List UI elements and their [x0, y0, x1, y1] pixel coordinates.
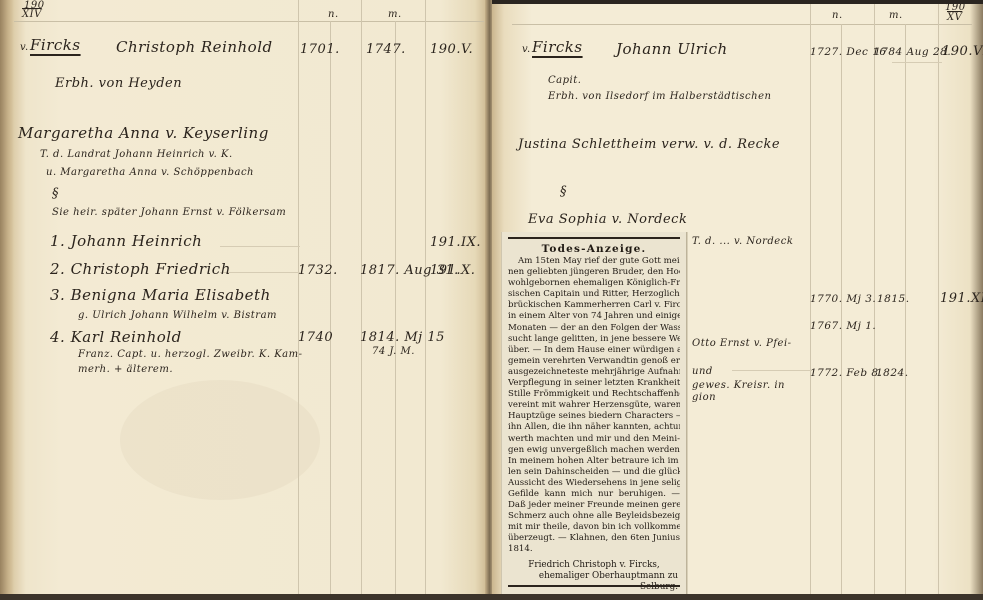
- child-4-note: Franz. Capt. u. herzogl. Zweibr. K. Kam-: [78, 349, 303, 360]
- entry-died: 1747.: [366, 42, 406, 57]
- column-rule: [938, 4, 939, 594]
- clipping-line: wohlgebornen ehemaligen Königlich-Franzö…: [508, 278, 680, 289]
- column-rule: [425, 0, 426, 594]
- column-header-born: n.: [328, 9, 339, 20]
- clipping-line: In meinem hohen Alter betraure ich im St…: [508, 456, 680, 467]
- clipping-body: Am 15ten May rief der gute Gott mei- nen…: [508, 256, 680, 556]
- clipping-line: in einem Alter von 74 Jahren und einigen: [508, 311, 680, 322]
- clipping-line: mit mir theile, davon bin ich vollkommen: [508, 522, 680, 533]
- child-4-age: 74 J. M.: [372, 346, 415, 357]
- clipping-line: gen ewig unvergeßlich machen werden. —: [508, 445, 680, 456]
- clipping-line: nen geliebten jüngeren Bruder, den Hoch-: [508, 267, 680, 278]
- clipping-line: Hauptzüge seines biedern Characters — di…: [508, 411, 680, 422]
- paper-stain: [120, 380, 320, 500]
- book-bottom-edge: [0, 594, 983, 600]
- newspaper-clipping-death-notice: Todes-Anzeige. Am 15ten May rief der gut…: [501, 232, 687, 595]
- children-note: Sie heir. später Johann Ernst v. Fölkers…: [52, 207, 286, 218]
- row-died: 1824.: [876, 367, 909, 379]
- row-died: 1815.: [877, 293, 910, 305]
- clipping-signature: Friedrich Christoph v. Fircks,: [508, 560, 680, 571]
- child-4: 4. Karl Reinhold: [50, 328, 182, 346]
- spouse-1-name: Justina Schlettheim verw. v. d. Recke: [518, 137, 780, 152]
- column-rule: [841, 24, 842, 594]
- entry-title: Capit.: [548, 75, 581, 86]
- child-3-spouse: g. Ulrich Johann Wilhelm v. Bistram: [78, 310, 277, 321]
- child-3: 3. Benigna Maria Elisabeth: [50, 286, 271, 304]
- clipping-line: Monaten — der an den Folgen der Wasser-: [508, 323, 680, 334]
- clipping-signature-title: ehemaliger Oberhauptmann zu Selburg.: [508, 571, 680, 593]
- entry-reference: 190.V.: [430, 42, 473, 57]
- folio-denominator: XIV: [22, 9, 42, 20]
- children-mark: §: [52, 186, 59, 201]
- clipping-line: 1814.: [508, 544, 680, 555]
- child-4-died: 1814. Mj 15: [360, 330, 445, 345]
- column-rule: [905, 24, 906, 594]
- children-mark: §: [560, 184, 567, 199]
- header-rule: [14, 21, 484, 22]
- entry-born: 1701.: [300, 42, 340, 57]
- child-1: 1. Johann Heinrich: [50, 232, 202, 250]
- column-rule: [395, 21, 396, 594]
- page-edge-shadow: [0, 0, 14, 594]
- entry-reference: 190.VI.: [942, 44, 983, 59]
- clipping-line: sucht lange gelitten, in jene bessere We…: [508, 334, 680, 345]
- clipping-line: Daß jeder meiner Freunde meinen gerechte…: [508, 500, 680, 511]
- row-reference: 191.XI.: [940, 291, 983, 306]
- column-rule: [361, 0, 362, 594]
- entry-surname: Fircks: [532, 38, 583, 56]
- entry-rule: [892, 62, 942, 63]
- clipping-bottom-rule: [508, 585, 680, 587]
- open-register-book: 190 XIV n. m. v. Fircks Christoph Reinho…: [0, 0, 983, 600]
- clipping-line: Aussicht des Wiedersehens in jene selige…: [508, 478, 680, 489]
- clipping-title: Todes-Anzeige.: [508, 243, 680, 255]
- row-born: 1770. Mj 3.: [810, 293, 876, 305]
- row-born: 1767. Mj 1.: [810, 320, 876, 332]
- clipping-line: Gefilde kann mich nur beruhigen. —: [508, 489, 680, 500]
- entry-surname: Fircks: [30, 36, 81, 54]
- clipping-line: Verpflegung in seiner letzten Krankheit.…: [508, 378, 680, 389]
- row-text: gion: [692, 392, 716, 403]
- clipping-line: ausgezeichneteste mehrjährige Aufnahme u…: [508, 367, 680, 378]
- spouse-2-name: Eva Sophia v. Nordeck: [528, 212, 687, 227]
- child-2-born: 1732.: [298, 263, 338, 278]
- column-header-died: m.: [889, 10, 903, 21]
- column-header-died: m.: [388, 9, 402, 20]
- entry-given-name: Johann Ulrich: [616, 40, 728, 58]
- clipping-line: len sein Dahinscheiden — und die glückli…: [508, 467, 680, 478]
- clipping-line: überzeugt. — Klahnen, den 6ten Junius: [508, 533, 680, 544]
- left-page: 190 XIV n. m. v. Fircks Christoph Reinho…: [0, 0, 487, 594]
- clipping-line: brückischen Kammerherren Carl v. Fircks,: [508, 300, 680, 311]
- entry-rule: [732, 370, 812, 371]
- child-1-reference: 191.IX.: [430, 235, 481, 250]
- child-4-note: merh. + älterem.: [78, 364, 173, 375]
- header-rule: [512, 24, 972, 25]
- clipping-line: sischen Capitain und Ritter, Herzoglich-…: [508, 289, 680, 300]
- row-text: und: [692, 366, 713, 377]
- child-2: 2. Christoph Friedrich: [50, 260, 231, 278]
- entry-rule: [220, 272, 300, 273]
- clipping-line: Stille Frömmigkeit und Rechtschaffenheit…: [508, 389, 680, 400]
- clipping-line: Am 15ten May rief der gute Gott mei-: [508, 256, 680, 267]
- entry-estate: Erbh. von Ilsedorf im Halberstädtischen: [548, 91, 771, 102]
- column-rule: [298, 0, 299, 594]
- entry-rule: [220, 246, 300, 247]
- spouse-name: Margaretha Anna v. Keyserling: [18, 124, 269, 142]
- clipping-line: ihn Allen, die ihn näher kannten, achtun…: [508, 422, 680, 433]
- entry-prefix: v.: [522, 44, 531, 55]
- row-text: gewes. Kreisr. in: [692, 380, 785, 391]
- row-born: 1772. Feb 8.: [810, 367, 882, 379]
- spouse-parents: T. d. Landrat Johann Heinrich v. K.: [40, 149, 233, 160]
- child-4-born: 1740: [298, 330, 333, 345]
- spouse-parents: u. Margaretha Anna v. Schöppenbach: [46, 167, 254, 178]
- entry-given-name: Christoph Reinhold: [116, 38, 273, 56]
- column-rule: [330, 21, 331, 594]
- clipping-top-rule: [508, 237, 680, 239]
- spouse-2-note: T. d. ... v. Nordeck: [692, 236, 793, 247]
- entry-estate: Erbh. von Heyden: [55, 76, 182, 91]
- entry-died: 1784 Aug 28.: [874, 46, 951, 58]
- clipping-line: vereint mit wahrer Herzensgüte, waren di…: [508, 400, 680, 411]
- column-header-born: n.: [832, 10, 843, 21]
- row-text: Otto Ernst v. Pfei-: [692, 338, 792, 349]
- clipping-line: werth machten und mir und den Meini-: [508, 434, 680, 445]
- folio-denominator: XV: [947, 12, 962, 23]
- child-2-reference: 191.X.: [430, 263, 475, 278]
- entry-prefix: v.: [20, 42, 29, 53]
- clipping-line: gemein verehrten Verwandtin genoß er die: [508, 356, 680, 367]
- clipping-line: über. — In dem Hause einer würdigen all-: [508, 345, 680, 356]
- clipping-line: Schmerz auch ohne alle Beyleidsbezeigung…: [508, 511, 680, 522]
